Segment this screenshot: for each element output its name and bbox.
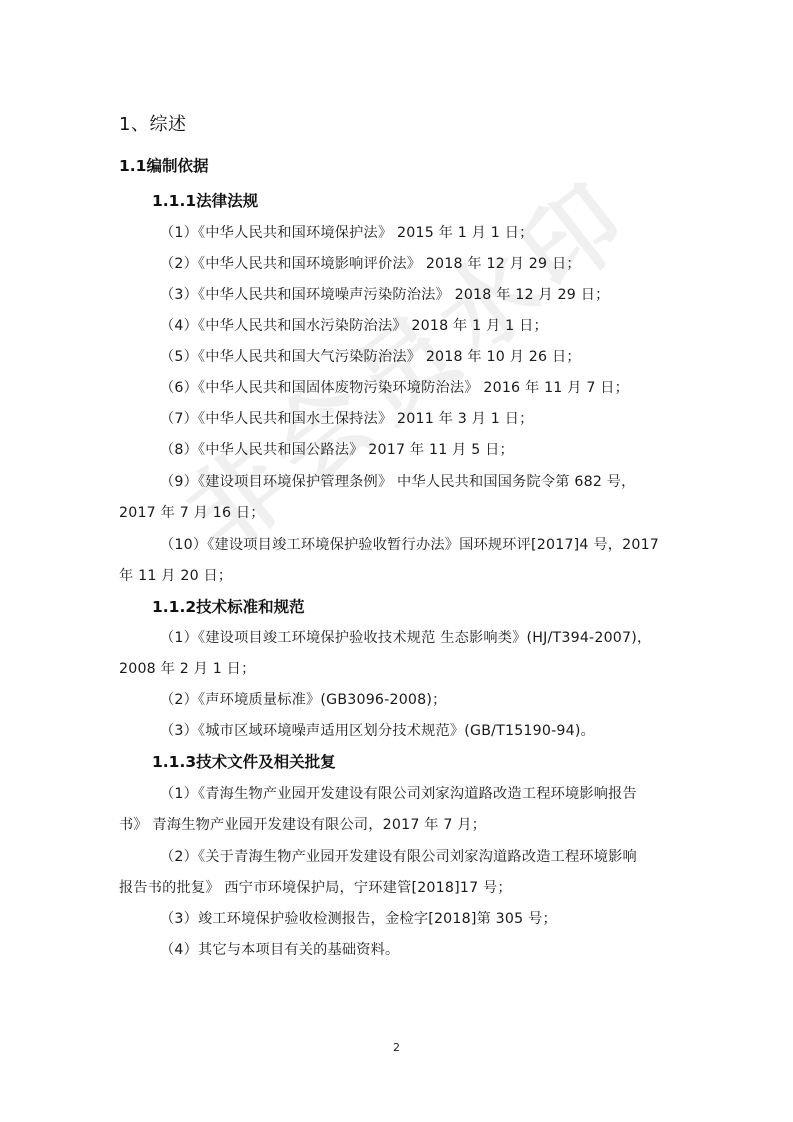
doc-item-continued: 书》 青海生物产业园开发建设有限公司，2017 年 7 月； (119, 815, 486, 835)
heading-standards: 1.1.2技术标准和规范 (152, 596, 305, 618)
standard-item: （2）《声环境质量标准》(GB3096-2008)； (160, 690, 447, 710)
doc-item: （4）其它与本项目有关的基础资料。 (160, 940, 399, 960)
law-item: （7）《中华人民共和国水土保持法》 2011 年 3 月 1 日； (160, 409, 534, 429)
page-number: 2 (393, 1041, 400, 1054)
law-item: （9）《建设项目环境保护管理条例》 中华人民共和国国务院令第 682 号， (160, 472, 636, 492)
law-item: （3）《中华人民共和国环境噪声污染防治法》 2018 年 12 月 29 日； (160, 285, 610, 305)
law-item-continued: 年 11 月 20 日； (119, 566, 232, 586)
law-item: （6）《中华人民共和国固体废物污染环境防治法》 2016 年 11 月 7 日； (160, 378, 629, 398)
law-item: （1）《中华人民共和国环境保护法》 2015 年 1 月 1 日； (160, 223, 534, 243)
law-item: （2）《中华人民共和国环境影响评价法》 2018 年 12 月 29 日； (160, 254, 581, 274)
law-item: （10）《建设项目竣工环境保护验收暂行办法》国环规环评[2017]4 号，201… (160, 535, 659, 555)
standard-item: （3）《城市区域环境噪声适用区划分技术规范》(GB/T15190-94)。 (160, 721, 595, 741)
heading-overview: 1、综述 (119, 113, 186, 137)
law-item-continued: 2017 年 7 月 16 日； (119, 503, 265, 523)
heading-basis: 1.1编制依据 (119, 155, 208, 177)
document-page: 非会员水印 1、综述 1.1编制依据 1.1.1法律法规 （1）《中华人民共和国… (0, 0, 793, 1122)
standard-item: （1）《建设项目竣工环境保护验收技术规范 生态影响类》(HJ/T394-2007… (160, 628, 651, 648)
standard-item-continued: 2008 年 2 月 1 日； (119, 659, 255, 679)
doc-item-continued: 报告书的批复》 西宁市环境保护局，宁环建管[2018]17 号； (119, 878, 512, 898)
heading-tech-docs: 1.1.3技术文件及相关批复 (152, 751, 336, 773)
heading-laws: 1.1.1法律法规 (152, 190, 258, 212)
law-item: （4）《中华人民共和国水污染防治法》 2018 年 1 月 1 日； (160, 316, 548, 336)
doc-item: （3）竣工环境保护验收检测报告，金检字[2018]第 305 号； (160, 909, 557, 929)
doc-item: （2）《关于青海生物产业园开发建设有限公司刘家沟道路改造工程环境影响 (160, 847, 637, 867)
doc-item: （1）《青海生物产业园开发建设有限公司刘家沟道路改造工程环境影响报告 (160, 784, 637, 804)
law-item: （5）《中华人民共和国大气污染防治法》 2018 年 10 月 26 日； (160, 347, 581, 367)
law-item: （8）《中华人民共和国公路法》 2017 年 11 月 5 日； (160, 440, 514, 460)
